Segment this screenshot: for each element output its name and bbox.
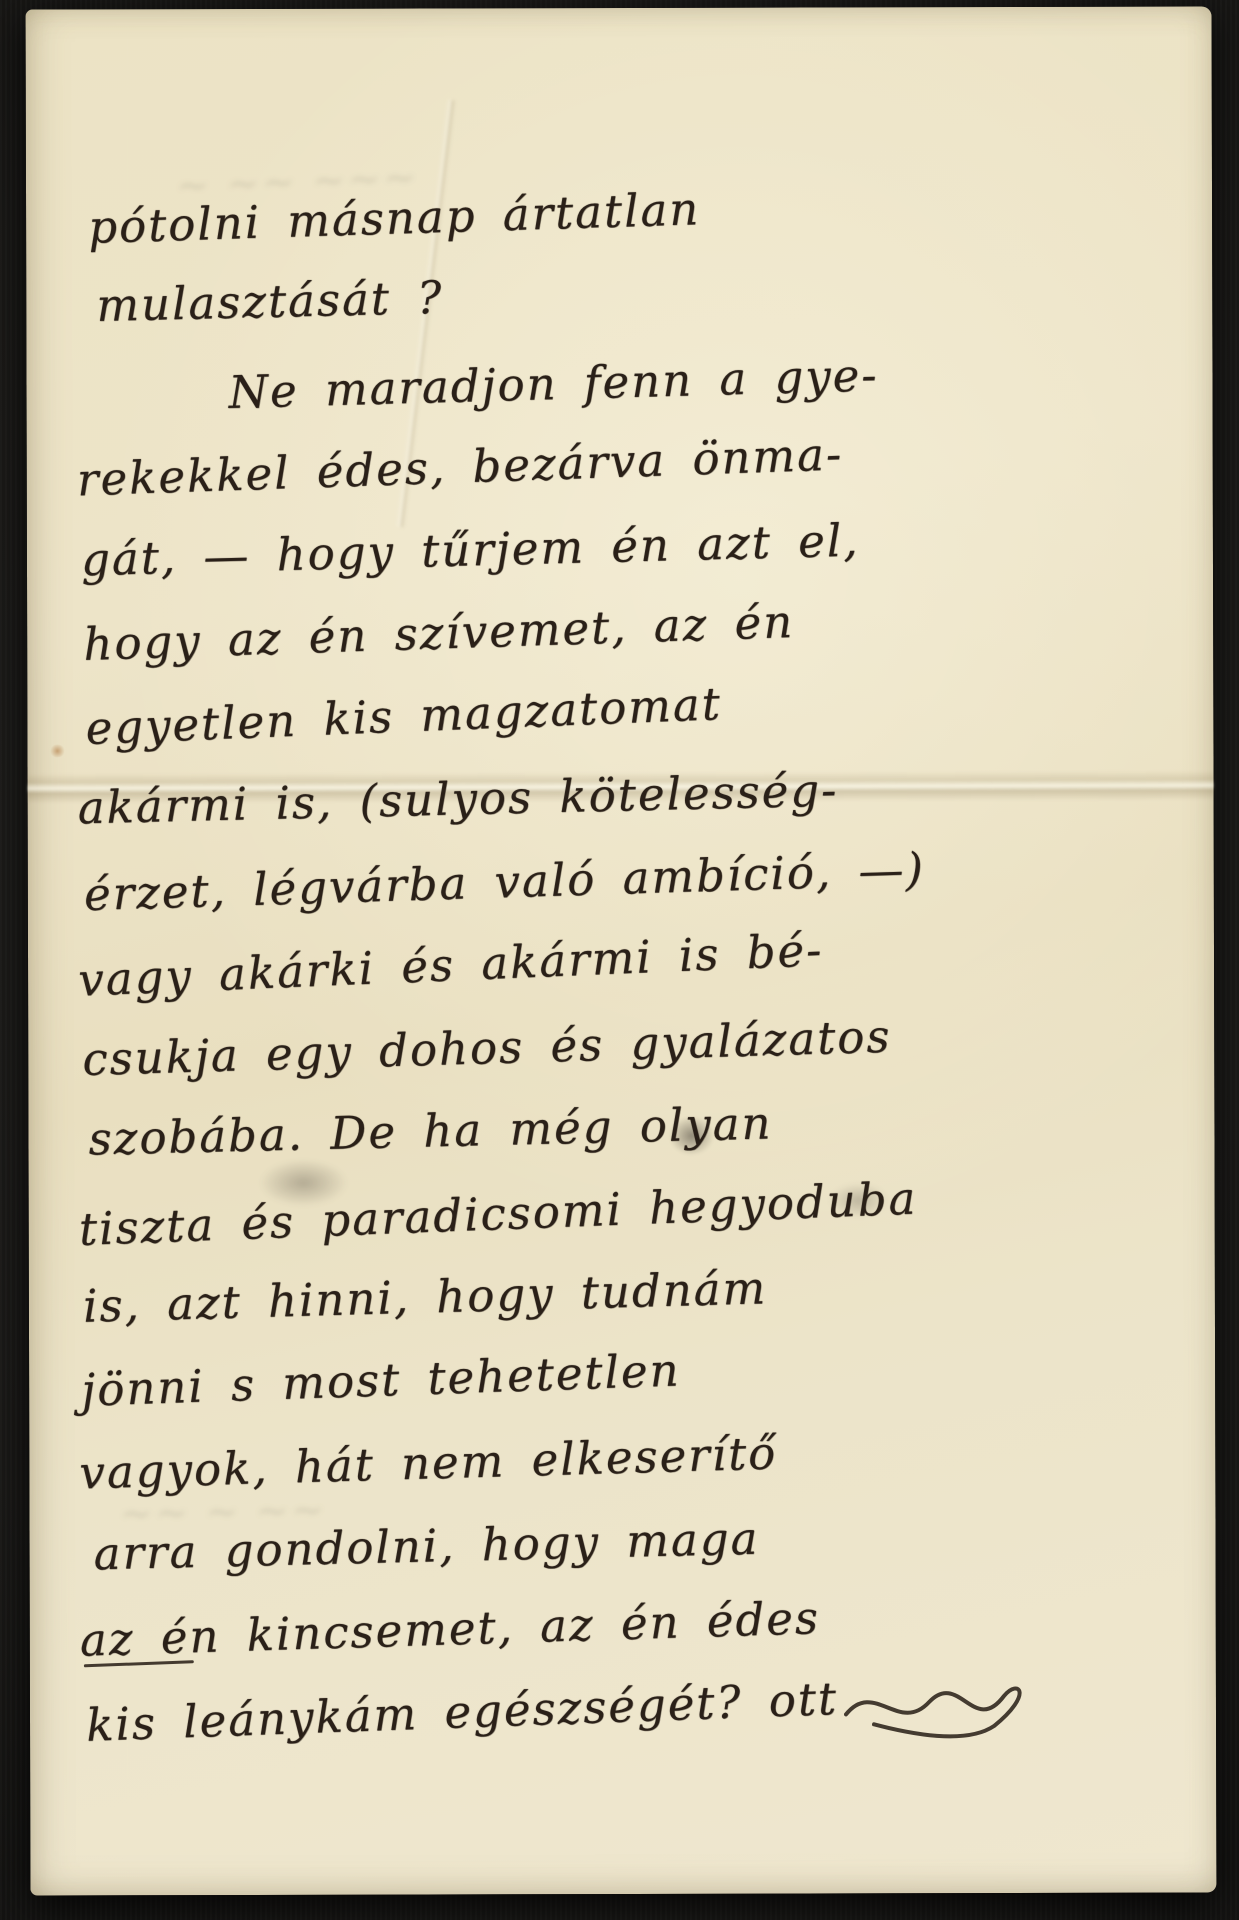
letter-line-5: gát, — hogy tűrjem én azt el, <box>77 507 1157 593</box>
letter-line-9: érzet, légvárba való ambíció, —) <box>78 839 1158 925</box>
letter-line-15: jönni s most tehetetlen <box>79 1337 1159 1423</box>
letter-line-11: csukja egy dohos és gyalázatos <box>78 1005 1158 1091</box>
letter-paper: ~ ~~ ~~~ ~~ ~ ~~ pótolni másnap ártatlan… <box>26 6 1217 1895</box>
foxing-spot <box>49 744 65 757</box>
letter-line-13: tiszta és paradicsomi hegyoduba <box>79 1171 1159 1257</box>
letter-line-18: az én kincsemet, az én édes <box>80 1586 1160 1672</box>
letter-line-6: hogy az én szívemet, az én <box>77 590 1157 676</box>
letter-body: pótolni másnap ártatlan mulasztását ? Ne… <box>76 175 1160 1755</box>
letter-line-17: arra gondolni, hogy maga <box>79 1503 1159 1589</box>
letter-line-19: kis leánykám egészségét? ott <box>80 1669 1160 1755</box>
letter-line-3: Ne maradjon fenn a gye- <box>76 341 1156 427</box>
letter-line-10: vagy akárki és akármi is bé- <box>78 922 1158 1008</box>
letter-line-7: egyetlen kis magzatomat <box>77 673 1157 759</box>
letter-line-12: szobába. De ha még olyan <box>78 1088 1158 1174</box>
letter-line-8: akármi is, (sulyos kötelesség- <box>77 756 1157 842</box>
letter-line-1: pótolni másnap ártatlan <box>76 175 1156 261</box>
letter-line-4: rekekkel édes, bezárva önma- <box>77 424 1157 510</box>
ink-flourish <box>844 1674 1044 1745</box>
letter-line-14: is, azt hinni, hogy tudnám <box>79 1254 1159 1340</box>
letter-line-2: mulasztását ? <box>76 258 1156 344</box>
letter-line-16: vagyok, hát nem elkeserítő <box>79 1420 1159 1506</box>
